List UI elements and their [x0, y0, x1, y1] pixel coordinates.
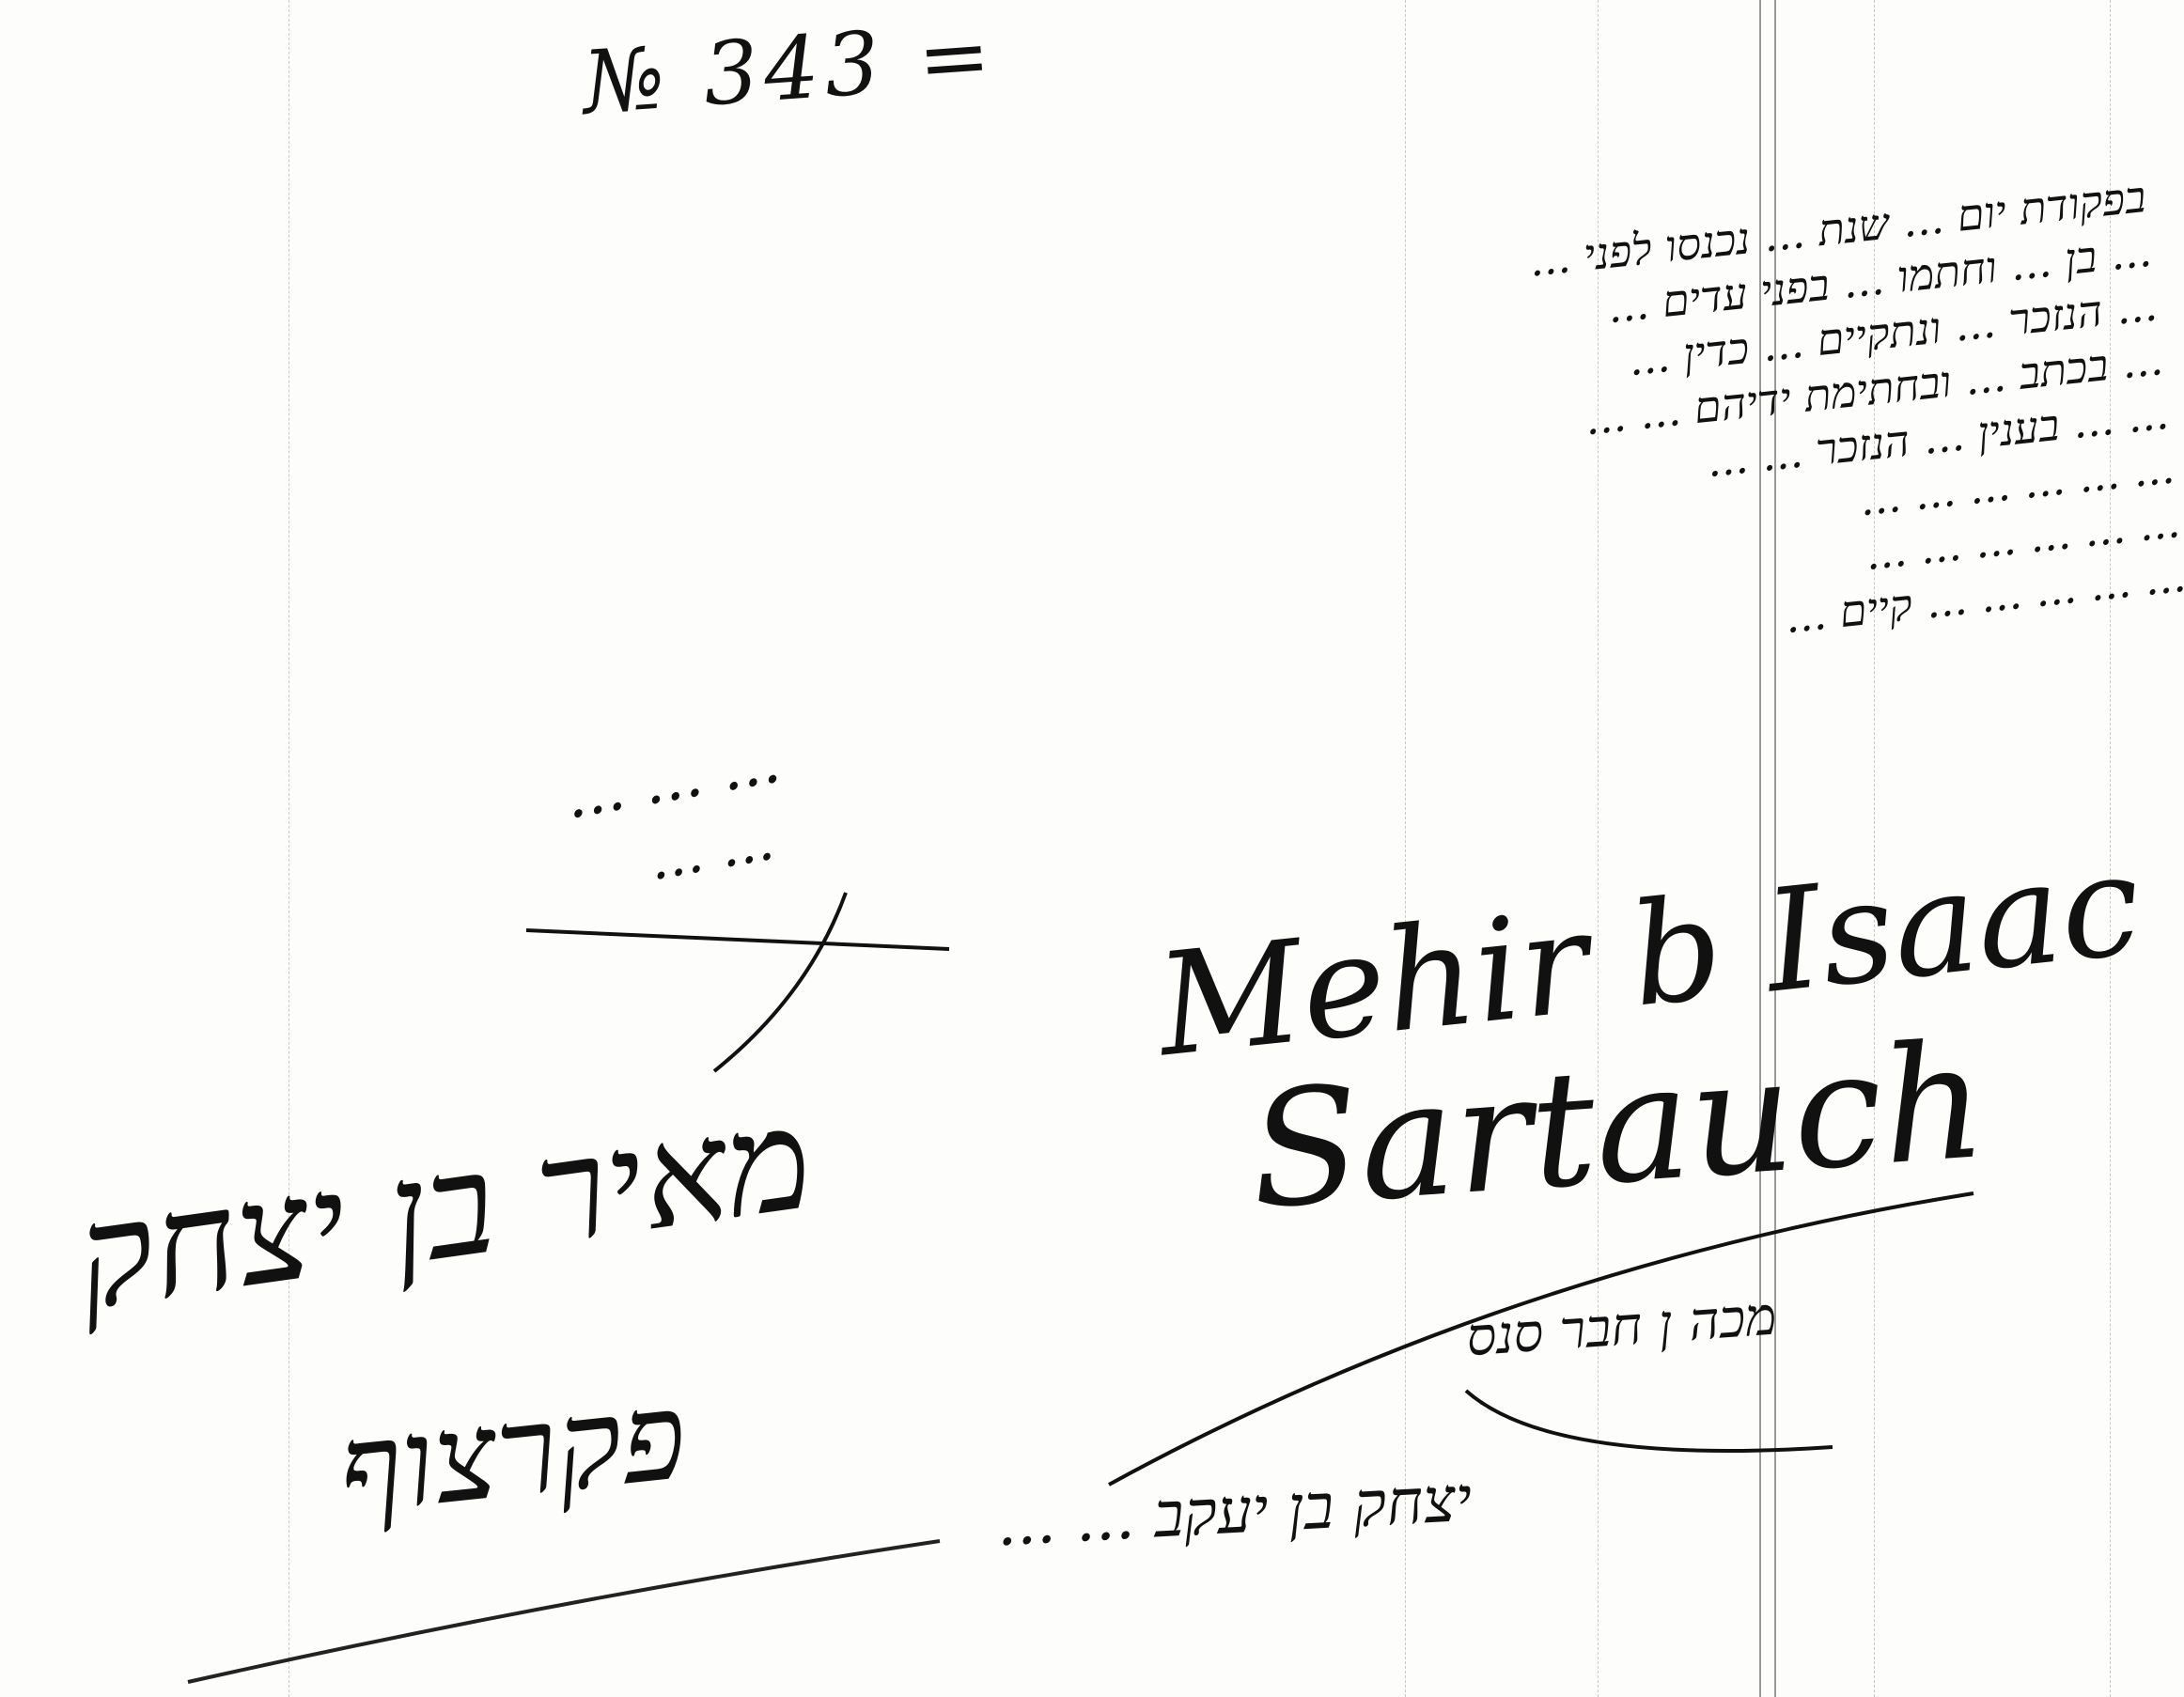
- signature-flourishes: [0, 0, 2184, 1697]
- document-page: № 343 = בפקודת יום ... שנת ... נכנסו לפנ…: [0, 0, 2184, 1697]
